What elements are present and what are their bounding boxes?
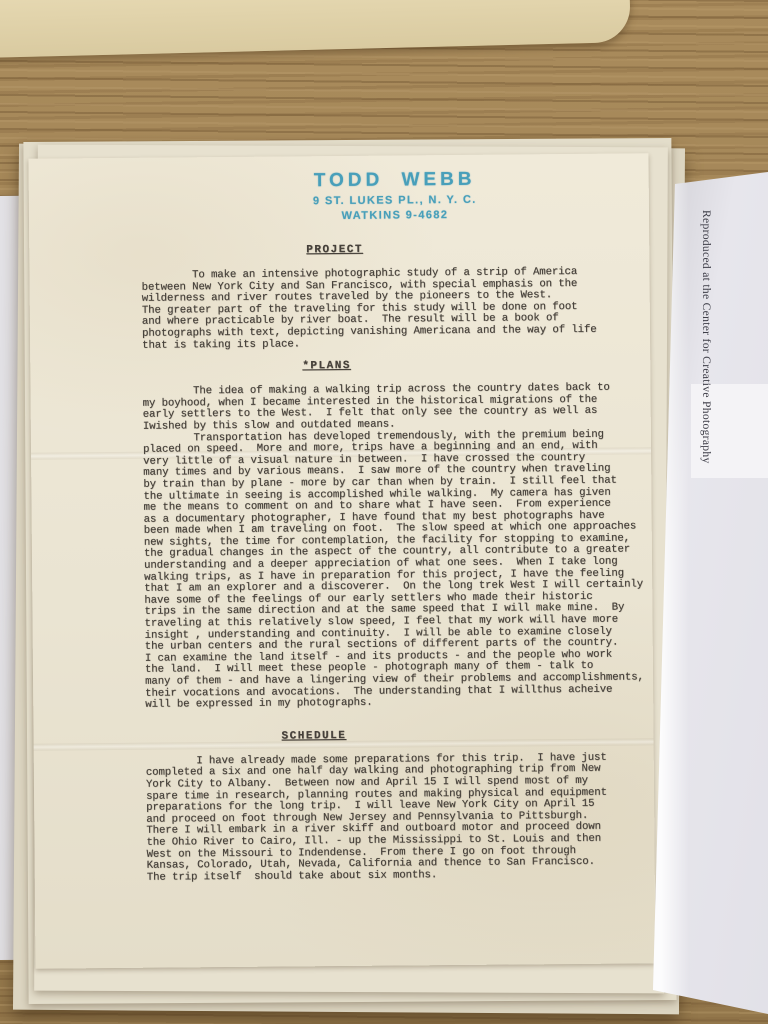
plans-paragraph-1: The idea of making a walking trip across… — [142, 382, 656, 433]
project-paragraph: To make an intensive photographic study … — [141, 266, 656, 352]
photo-background: TODD WEBB 9 ST. LUKES PL., N. Y. C. WATK… — [0, 0, 768, 1024]
letterhead-phone: WATKINS 9-4682 — [141, 207, 649, 223]
archive-label-text: Reproduced at the Center for Creative Ph… — [700, 210, 713, 464]
letterhead: TODD WEBB 9 ST. LUKES PL., N. Y. C. WATK… — [141, 167, 649, 223]
project-heading: PROJECT — [306, 244, 363, 256]
letterhead-name: TODD WEBB — [141, 167, 649, 193]
plans-paragraph-2: Transportation has developed tremendousl… — [143, 429, 659, 712]
schedule-heading: SCHEDULE — [281, 730, 346, 743]
schedule-paragraph: I have already made some preparations fo… — [146, 752, 661, 884]
letterhead-address: 9 ST. LUKES PL., N. Y. C. — [141, 192, 649, 208]
plans-heading: *PLANS — [302, 360, 351, 372]
typed-page: TODD WEBB 9 ST. LUKES PL., N. Y. C. WATK… — [28, 153, 655, 968]
page-content: TODD WEBB 9 ST. LUKES PL., N. Y. C. WATK… — [28, 153, 654, 885]
